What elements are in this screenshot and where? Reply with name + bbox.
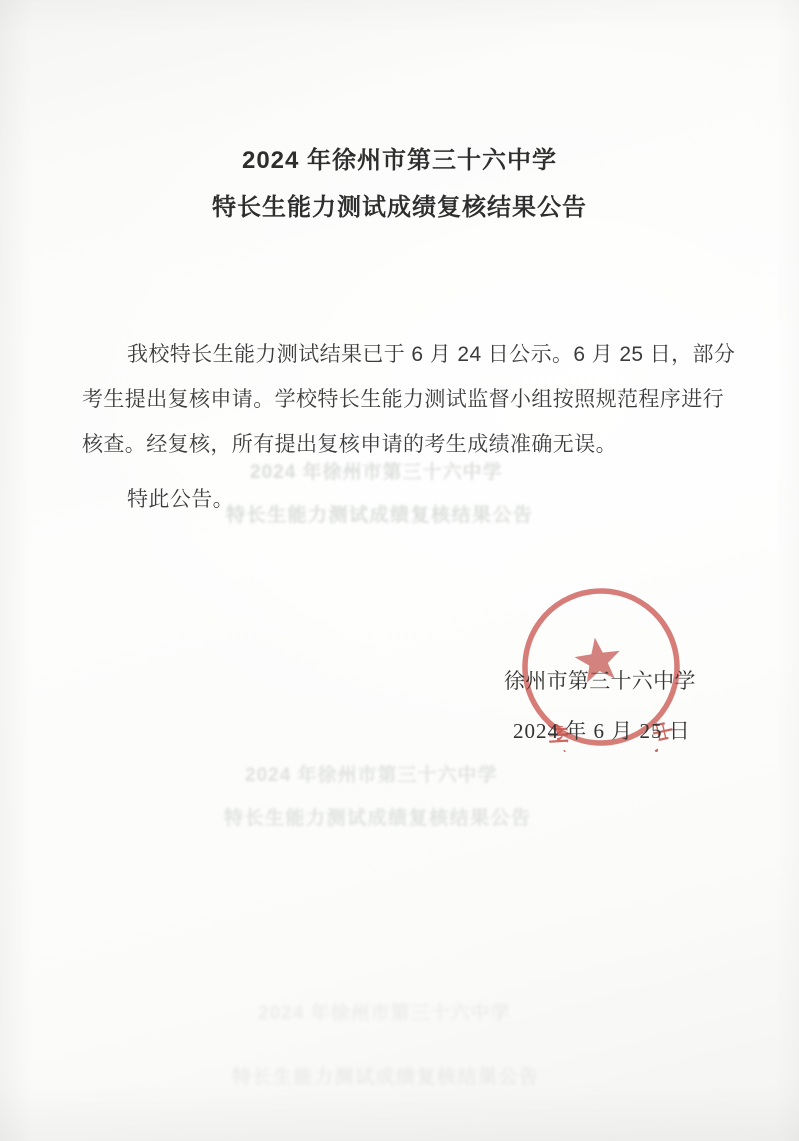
body-line: 考生提出复核申请。学校特长生能力测试监督小组按照规范程序进行 (82, 389, 724, 410)
bleedthrough-text: 2024 年徐州市第三十六中学 (250, 463, 503, 482)
document-title-line1: 2024 年徐州市第三十六中学 (0, 149, 799, 173)
bleedthrough-text: 2024 年徐州市第三十六中学 (258, 1004, 511, 1023)
date: 2024 年 6 月 25 日 (513, 721, 691, 742)
signature: 徐州市第三十六中学 (504, 671, 696, 692)
bleedthrough-text: 2024 年徐州市第三十六中学 (245, 766, 498, 785)
bleedthrough-text: 特长生能力测试成绩复核结果公告 (226, 506, 534, 525)
closing-line: 特此公告。 (127, 489, 234, 510)
body-line: 我校特长生能力测试结果已于 6 月 24 日公示。6 月 25 日，部分 (82, 344, 735, 365)
bleedthrough-text: 特长生能力测试成绩复核结果公告 (232, 1068, 540, 1087)
document-title-line2: 特长生能力测试成绩复核结果公告 (0, 196, 799, 220)
body-line: 核查。经复核，所有提出复核申请的考生成绩准确无误。 (82, 434, 617, 455)
announcement-document: 2024 年徐州市第三十六中学 特长生能力测试成绩复核结果公告 2024 年徐州… (0, 0, 799, 1141)
bleedthrough-text: 特长生能力测试成绩复核结果公告 (224, 809, 532, 828)
